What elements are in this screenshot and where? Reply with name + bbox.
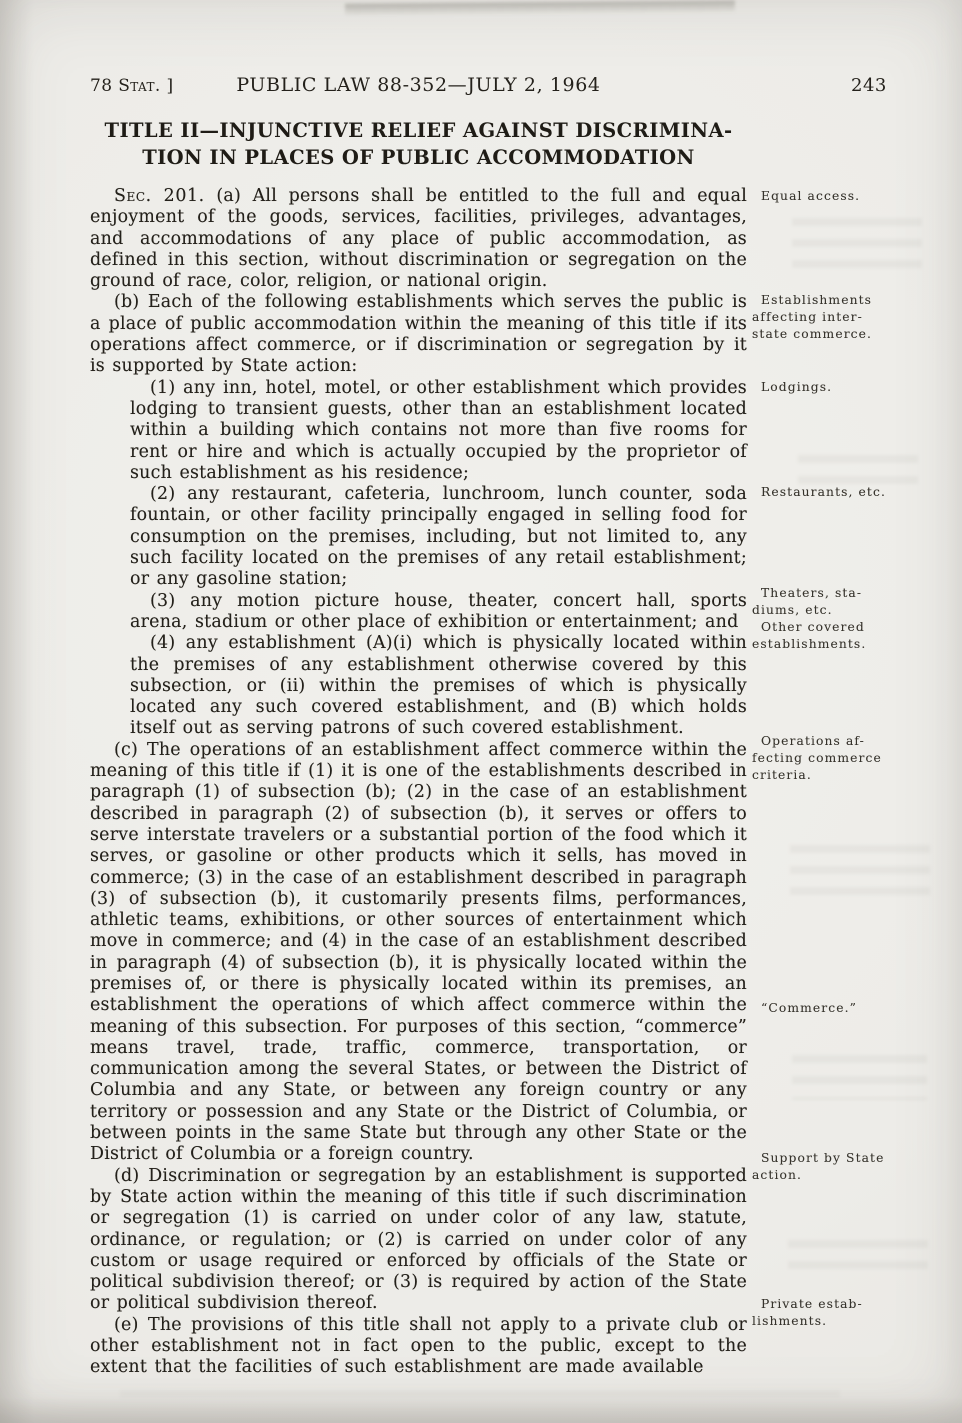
bleedthrough-artifact — [792, 218, 922, 276]
paragraph-b-1: (1) any inn, hotel, motel, or other esta… — [130, 378, 747, 484]
scan-artifact-top-smudge — [345, 0, 735, 15]
bleedthrough-artifact — [790, 845, 930, 900]
margin-note-theaters-stadiums-etc: Theaters, sta- diums, etc. — [752, 585, 917, 619]
bleedthrough-artifact — [792, 1055, 927, 1100]
running-head-law-title: PUBLIC LAW 88-352—JULY 2, 1964 — [90, 74, 747, 96]
bleedthrough-artifact — [120, 1390, 840, 1408]
paragraph-d: (d) Discrimination or segregation by an … — [90, 1166, 747, 1315]
statute-scan-page: 78 Stat. ] PUBLIC LAW 88-352—JULY 2, 196… — [0, 0, 962, 1423]
bleedthrough-artifact — [788, 1240, 928, 1278]
margin-note-equal-access: Equal access. — [752, 188, 917, 205]
margin-note-establishments-affecting-interstate-commerce: Establishments affecting inter- state co… — [752, 292, 917, 342]
paragraph-c: (c) The operations of an establishment a… — [90, 740, 747, 1166]
scan-artifact-left-edge — [0, 0, 34, 1423]
section-number: Sec. 201. — [114, 186, 205, 206]
margin-note-other-covered-establishments: Other covered establishments. — [752, 619, 917, 653]
margin-note-private-establishments: Private estab- lishments. — [752, 1296, 917, 1330]
paragraph-e: (e) The provisions of this title shall n… — [90, 1315, 747, 1379]
scan-artifact-bottom-band — [0, 1397, 962, 1423]
page-number: 243 — [851, 75, 887, 96]
statute-body-text: Sec. 201. (a) All persons shall be entit… — [90, 186, 747, 1379]
margin-note-restaurants-etc: Restaurants, etc. — [752, 484, 917, 501]
paragraph-b: (b) Each of the following establishments… — [90, 292, 747, 377]
paragraph-sec-201-a: Sec. 201. (a) All persons shall be entit… — [90, 186, 747, 292]
margin-note-operations-affecting-commerce-criteria: Operations af- fecting commerce criteria… — [752, 733, 917, 783]
margin-note-commerce-definition: “Commerce.” — [752, 1000, 917, 1017]
title-ii-heading: TITLE II—INJUNCTIVE RELIEF AGAINST DISCR… — [90, 117, 747, 171]
margin-note-lodgings: Lodgings. — [752, 379, 917, 396]
paragraph-b-4: (4) any establishment (A)(i) which is ph… — [130, 633, 747, 739]
paragraph-b-2: (2) any restaurant, cafeteria, lunchroom… — [130, 484, 747, 590]
margin-note-support-by-state-action: Support by State action. — [752, 1150, 917, 1184]
paragraph-b-3: (3) any motion picture house, theater, c… — [130, 591, 747, 634]
